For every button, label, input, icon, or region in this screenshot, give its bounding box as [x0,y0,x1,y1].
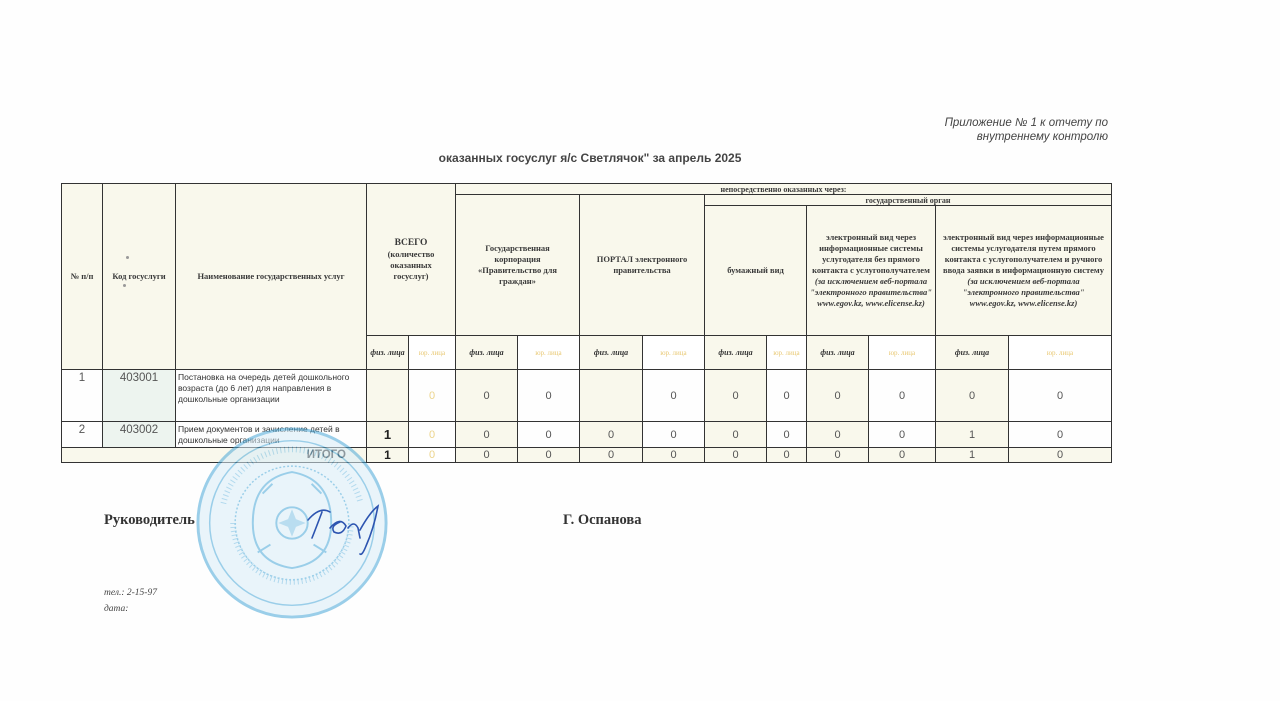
header-portal: ПОРТАЛ электронного правительства [580,195,705,336]
value-cell: 0 [518,422,580,448]
service-code: 403001 [103,370,176,422]
subheader-ur: юр. лица [767,336,807,370]
service-code: 403002 [103,422,176,448]
value-cell: 0 [869,422,936,448]
value-cell: 1 [367,422,409,448]
appendix-line-1: Приложение № 1 к отчету по [880,116,1108,130]
header-gov-org: государственный орган [705,195,1112,206]
total-cell: 0 [1009,448,1112,463]
value-cell: 0 [807,370,869,422]
value-cell: 0 [456,370,518,422]
date-label: дата: [104,604,128,614]
row-number: 2 [62,422,103,448]
header-code: Код госуслуги [103,184,176,370]
value-cell: 0 [807,422,869,448]
subheader-ur: юр. лица [518,336,580,370]
row-number: 1 [62,370,103,422]
total-cell: 0 [409,448,456,463]
subheader-fiz: физ. лица [367,336,409,370]
header-paper: бумажный вид [705,206,807,336]
service-name: Постановка на очередь детей дошкольного … [176,370,367,422]
subheader-fiz: физ. лица [807,336,869,370]
appendix-note: Приложение № 1 к отчету по внутреннему к… [880,116,1108,144]
value-cell: 0 [767,370,807,422]
header-total: ВСЕГО (количество оказанных госуслуг) [367,184,456,336]
value-cell [367,370,409,422]
value-cell: 0 [643,370,705,422]
value-cell [580,370,643,422]
table-row: 2 403002 Прием документов и зачисление д… [62,422,1112,448]
value-cell: 0 [869,370,936,422]
total-label: ИТОГО [62,448,367,463]
appendix-line-2: внутреннему контролю [880,130,1108,144]
subheader-fiz: физ. лица [580,336,643,370]
value-cell: 0 [643,422,705,448]
table-row: 1 403001 Постановка на очередь детей дош… [62,370,1112,422]
header-gov-corp: Государственная корпорация «Правительств… [456,195,580,336]
total-row: ИТОГО 1 0 0 0 0 0 0 0 0 0 1 0 [62,448,1112,463]
signature-icon [300,498,390,560]
value-cell: 1 [936,422,1009,448]
header-direct: непосредственно оказанных через: [456,184,1112,195]
document-title: оказанных госуслуг я/с Светлячок" за апр… [400,151,780,165]
header-is-no-contact-text: электронный вид через информационные сис… [812,232,930,275]
total-cell: 0 [869,448,936,463]
total-cell: 1 [367,448,409,463]
value-cell: 0 [456,422,518,448]
header-total-label: ВСЕГО [367,238,455,249]
header-is-manual-text: электронный вид через информационные сис… [943,232,1104,275]
total-cell: 0 [456,448,518,463]
value-cell: 0 [705,370,767,422]
header-is-manual: электронный вид через информационные сис… [936,206,1112,336]
total-cell: 0 [767,448,807,463]
report-table: № п/п Код госуслуги Наименование государ… [61,183,1112,463]
header-is-no-contact-note: (за исключением веб-портала "электронног… [810,276,932,308]
subheader-ur: юр. лица [409,336,456,370]
total-cell: 0 [643,448,705,463]
value-cell: 0 [518,370,580,422]
signatory-role: Руководитель [104,512,195,529]
scan-speck [123,284,126,287]
value-cell: 0 [580,422,643,448]
total-cell: 0 [580,448,643,463]
value-cell: 0 [705,422,767,448]
service-name: Прием документов и зачисление детей в до… [176,422,367,448]
scan-speck [126,256,129,259]
subheader-ur: юр. лица [643,336,705,370]
value-cell: 0 [1009,370,1112,422]
subheader-fiz: физ. лица [705,336,767,370]
header-name: Наименование государственных услуг [176,184,367,370]
subheader-fiz: физ. лица [456,336,518,370]
header-total-note: (количество оказанных госуслуг) [367,249,455,282]
phone-number: тел.: 2-15-97 [104,588,157,598]
header-is-no-contact: электронный вид через информационные сис… [807,206,936,336]
total-cell: 0 [807,448,869,463]
subheader-ur: юр. лица [1009,336,1112,370]
value-cell: 0 [767,422,807,448]
subheader-ur: юр. лица [869,336,936,370]
total-cell: 1 [936,448,1009,463]
total-cell: 0 [518,448,580,463]
header-num: № п/п [62,184,103,370]
subheader-fiz: физ. лица [936,336,1009,370]
value-cell: 0 [1009,422,1112,448]
value-cell: 0 [409,370,456,422]
header-is-manual-note: (за исключением веб-портала "электронног… [963,276,1085,308]
value-cell: 0 [409,422,456,448]
total-cell: 0 [705,448,767,463]
value-cell: 0 [936,370,1009,422]
signatory-name: Г. Оспанова [563,512,641,529]
